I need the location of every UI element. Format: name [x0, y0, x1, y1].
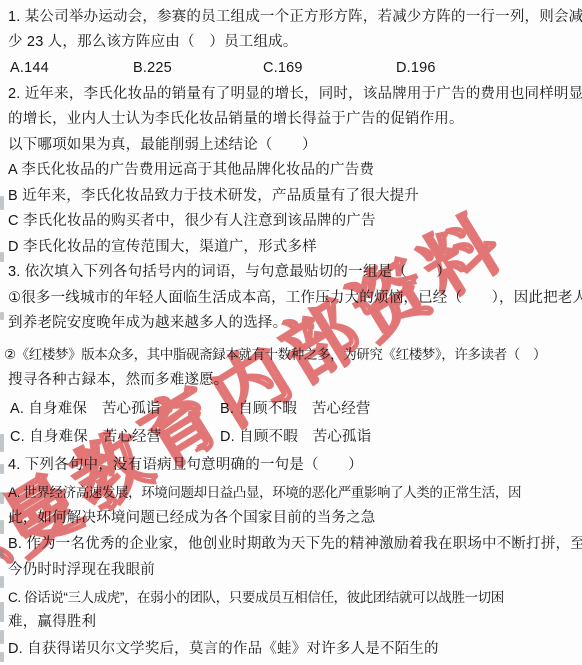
scan-artifact: [0, 492, 4, 504]
scan-artifact: [0, 312, 4, 320]
scan-artifact: [0, 630, 4, 644]
scan-artifact: [0, 549, 4, 559]
text-line: 今仍时时浮现在我眼前: [8, 561, 155, 580]
text-line: C. 俗话说“三人成虎”，在弱小的团队，只要成员互相信任，彼此团结就可以战胜一切…: [8, 588, 504, 607]
text-line: B. 作为一名优秀的企业家，他创业时期敢为天下先的精神激励着我在职场中不断打拼，…: [8, 535, 582, 554]
text-line: 难，赢得胜利: [8, 613, 96, 632]
text-line: A. 世界经济高速发展，环境问题却日益凸显，环境的恶化严重影响了人类的正常生活，…: [8, 483, 521, 502]
question-q4: 4. 下列各句中，没有语病且句意明确的一句是（ ）A. 世界经济高速发展，环境问…: [0, 0, 582, 665]
scan-artifact: [0, 520, 4, 534]
scan-artifact: [0, 576, 4, 588]
text-line: 4. 下列各句中，没有语病且句意明确的一句是（ ）: [8, 456, 363, 475]
scan-artifact: [0, 434, 4, 452]
scanned-test-paper: 标曼教育内部资料 1. 某公司举办运动会，参赛的员工组成一个正方形方阵，若减少方…: [0, 0, 582, 665]
text-line: 此，如何解决环境问题已经成为各个国家目前的当务之急: [8, 509, 376, 528]
scan-artifact: [0, 602, 4, 622]
scan-artifact: [0, 652, 4, 662]
scan-artifact: [0, 196, 4, 210]
scan-artifact: [0, 252, 4, 262]
scan-artifact: [0, 464, 4, 474]
text-line: D. 自获得诺贝尔文学奖后，莫言的作品《蛙》对许多人是不陌生的: [8, 640, 439, 659]
